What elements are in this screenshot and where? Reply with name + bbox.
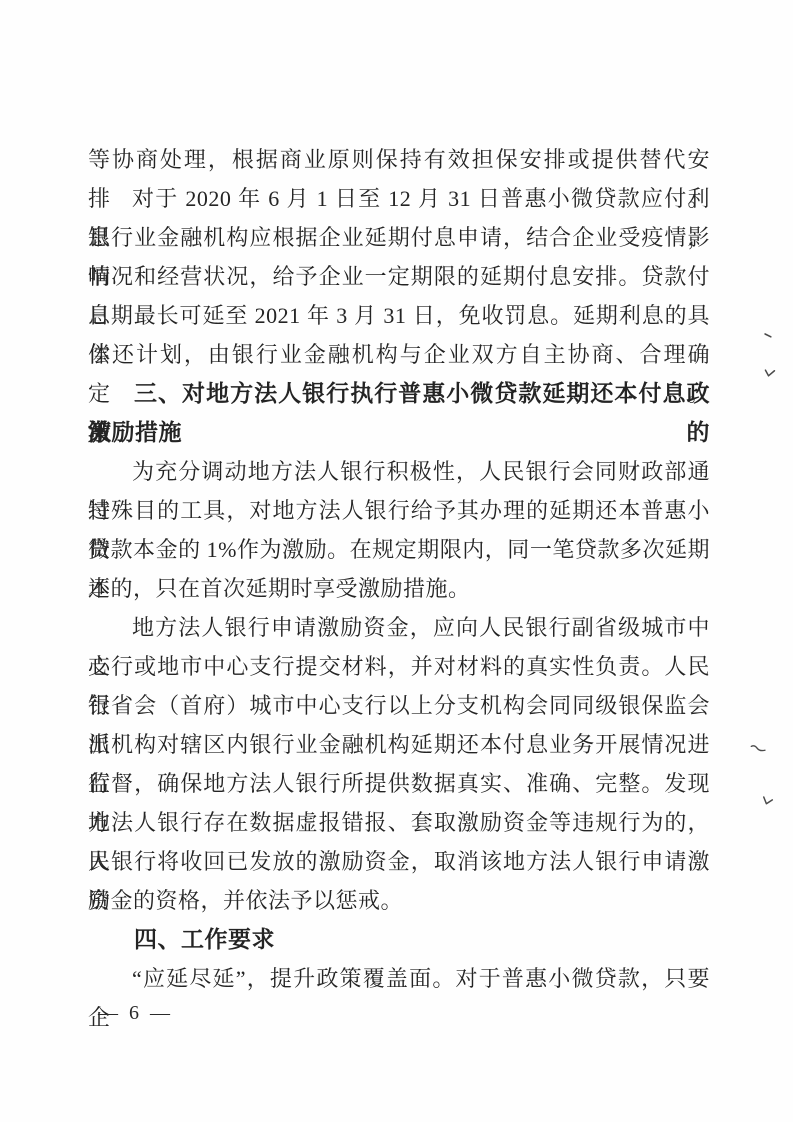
scan-artifact-tick-icon xyxy=(761,795,775,807)
body-line: 出机构对辖区内银行业金融机构延期还本付息业务开展情况进行 xyxy=(88,725,710,764)
scanned-document-page: 等协商处理，根据商业原则保持有效担保安排或提供替代安排。 对于 2020 年 6… xyxy=(0,0,793,1122)
body-line: 对于 2020 年 6 月 1 日至 12 月 31 日普惠小微贷款应付利息， xyxy=(88,179,710,218)
body-line: 民银行将收回已发放的激励资金，取消该地方法人银行申请激励 xyxy=(88,842,710,881)
scan-artifact-tick-icon xyxy=(762,328,777,342)
body-line: 贷款本金的 1%作为激励。在规定期限内，同一笔贷款多次延期还 xyxy=(88,530,710,569)
body-line: 等协商处理，根据商业原则保持有效担保安排或提供替代安排。 xyxy=(88,140,710,179)
section-3-heading-line: 三、对地方法人银行执行普惠小微贷款延期还本付息政策的 xyxy=(88,374,710,413)
body-line: 特殊目的工具，对地方法人银行给予其办理的延期还本普惠小微 xyxy=(88,491,710,530)
body-line: 日期最长可延至 2021 年 3 月 31 日，免收罚息。延期利息的具体 xyxy=(88,296,710,335)
page-number: — 6 — xyxy=(98,1002,173,1025)
body-line: 支行或地市中心支行提交材料，并对材料的真实性负责。人民银 xyxy=(88,647,710,686)
body-line: 监督，确保地方法人银行所提供数据真实、准确、完整。发现地 xyxy=(88,764,710,803)
body-line: 方法人银行存在数据虚报错报、套取激励资金等违规行为的，人 xyxy=(88,803,710,842)
body-line: 银行业金融机构应根据企业延期付息申请，结合企业受疫情影响 xyxy=(88,218,710,257)
body-line: 偿还计划，由银行业金融机构与企业双方自主协商、合理确定。 xyxy=(88,335,710,374)
body-line: “应延尽延”，提升政策覆盖面。对于普惠小微贷款，只要企 xyxy=(88,959,710,998)
body-line: 为充分调动地方法人银行积极性，人民银行会同财政部通过 xyxy=(88,452,710,491)
section-4-heading-line: 四、工作要求 xyxy=(88,920,710,959)
body-line: 情况和经营状况，给予企业一定期限的延期付息安排。贷款付息 xyxy=(88,257,710,296)
body-line: 本的，只在首次延期时享受激励措施。 xyxy=(88,569,710,608)
body-line: 行省会（首府）城市中心支行以上分支机构会同同级银保监会派 xyxy=(88,686,710,725)
scan-artifact-tick-icon xyxy=(763,367,777,379)
body-line: 资金的资格，并依法予以惩戒。 xyxy=(88,881,710,920)
document-body: 等协商处理，根据商业原则保持有效担保安排或提供替代安排。 对于 2020 年 6… xyxy=(88,140,710,998)
scan-artifact-squiggle-icon xyxy=(749,743,762,755)
body-line: 地方法人银行申请激励资金，应向人民银行副省级城市中心 xyxy=(88,608,710,647)
